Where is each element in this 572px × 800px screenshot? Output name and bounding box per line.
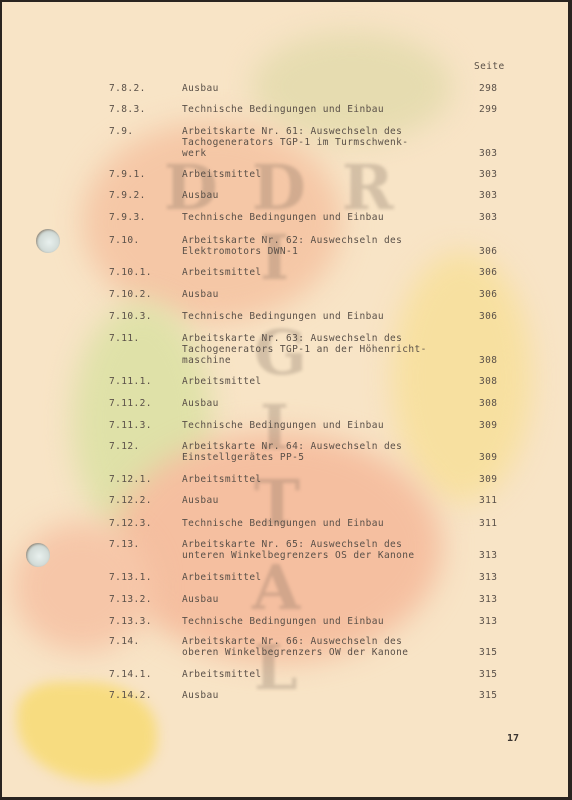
section-number: 7.8.3. [109, 104, 146, 115]
page-ref: 315 [479, 647, 497, 658]
page-ref: 299 [479, 104, 497, 115]
page-ref: 313 [479, 616, 497, 627]
page-ref: 303 [479, 212, 497, 223]
page-ref: 315 [479, 690, 497, 701]
page-column-header: Seite [474, 61, 505, 72]
section-title: Ausbau [182, 690, 452, 701]
section-number: 7.14.1. [109, 669, 152, 680]
page-ref: 313 [479, 594, 497, 605]
page-ref: 306 [479, 267, 497, 278]
page-ref: 309 [479, 420, 497, 431]
section-title: Technische Bedingungen und Einbau [182, 311, 452, 322]
section-title: Arbeitskarte Nr. 65: Auswechseln des unt… [182, 539, 452, 561]
section-number: 7.10.1. [109, 267, 152, 278]
watermark-letter: R [342, 157, 394, 219]
page-ref: 306 [479, 289, 497, 300]
section-title: Arbeitsmittel [182, 669, 452, 680]
page-ref: 309 [479, 452, 497, 463]
section-number: 7.12.1. [109, 474, 152, 485]
section-number: 7.14. [109, 636, 140, 647]
section-number: 7.13. [109, 539, 140, 550]
section-title: Technische Bedingungen und Einbau [182, 420, 452, 431]
section-title: Ausbau [182, 398, 452, 409]
page-ref: 308 [479, 376, 497, 387]
page-ref: 313 [479, 572, 497, 583]
section-title: Technische Bedingungen und Einbau [182, 518, 452, 529]
section-number: 7.13.1. [109, 572, 152, 583]
watermark-letter: D [164, 157, 218, 219]
section-title: Technische Bedingungen und Einbau [182, 104, 452, 115]
section-number: 7.8.2. [109, 83, 146, 94]
section-number: 7.12. [109, 441, 140, 452]
section-number: 7.11. [109, 333, 140, 344]
section-title: Arbeitskarte Nr. 63: Auswechseln des Tac… [182, 333, 452, 366]
section-title: Technische Bedingungen und Einbau [182, 616, 452, 627]
page-ref: 308 [479, 398, 497, 409]
page-ref: 313 [479, 550, 497, 561]
section-number: 7.11.1. [109, 376, 152, 387]
punch-hole [26, 543, 50, 567]
page-ref: 298 [479, 83, 497, 94]
section-title: Ausbau [182, 83, 452, 94]
section-title: Arbeitskarte Nr. 61: Auswechseln des Tac… [182, 126, 452, 159]
watermark-letter: A [252, 557, 300, 619]
section-title: Ausbau [182, 594, 452, 605]
section-number: 7.13.2. [109, 594, 152, 605]
section-number: 7.11.3. [109, 420, 152, 431]
page-ref: 303 [479, 148, 497, 159]
page-number: 17 [507, 733, 519, 744]
section-number: 7.9.3. [109, 212, 146, 223]
page-ref: 315 [479, 669, 497, 680]
section-title: Arbeitsmittel [182, 267, 452, 278]
section-number: 7.10. [109, 235, 140, 246]
section-number: 7.12.3. [109, 518, 152, 529]
punch-hole [36, 229, 60, 253]
section-title: Arbeitsmittel [182, 474, 452, 485]
section-number: 7.12.2. [109, 495, 152, 506]
section-title: Technische Bedingungen und Einbau [182, 212, 452, 223]
watermark-letter: D [252, 157, 306, 219]
document-page: D D R I G I T A L Seite 7.8.2. Ausbau 29… [2, 2, 568, 797]
section-title: Arbeitskarte Nr. 62: Auswechseln des Ele… [182, 235, 452, 257]
page-ref: 311 [479, 495, 497, 506]
section-title: Arbeitsmittel [182, 169, 452, 180]
section-number: 7.11.2. [109, 398, 152, 409]
section-title: Ausbau [182, 495, 452, 506]
section-number: 7.14.2. [109, 690, 152, 701]
section-title: Ausbau [182, 289, 452, 300]
section-number: 7.13.3. [109, 616, 152, 627]
page-ref: 309 [479, 474, 497, 485]
section-number: 7.10.3. [109, 311, 152, 322]
section-title: Arbeitskarte Nr. 64: Auswechseln des Ein… [182, 441, 452, 463]
section-number: 7.9.2. [109, 190, 146, 201]
section-number: 7.9.1. [109, 169, 146, 180]
page-ref: 303 [479, 190, 497, 201]
section-title: Arbeitskarte Nr. 66: Auswechseln des obe… [182, 636, 452, 658]
section-number: 7.10.2. [109, 289, 152, 300]
page-ref: 303 [479, 169, 497, 180]
page-ref: 306 [479, 311, 497, 322]
section-title: Ausbau [182, 190, 452, 201]
page-ref: 308 [479, 355, 497, 366]
section-number: 7.9. [109, 126, 133, 137]
section-title: Arbeitsmittel [182, 572, 452, 583]
section-title: Arbeitsmittel [182, 376, 452, 387]
page-ref: 306 [479, 246, 497, 257]
page-ref: 311 [479, 518, 497, 529]
